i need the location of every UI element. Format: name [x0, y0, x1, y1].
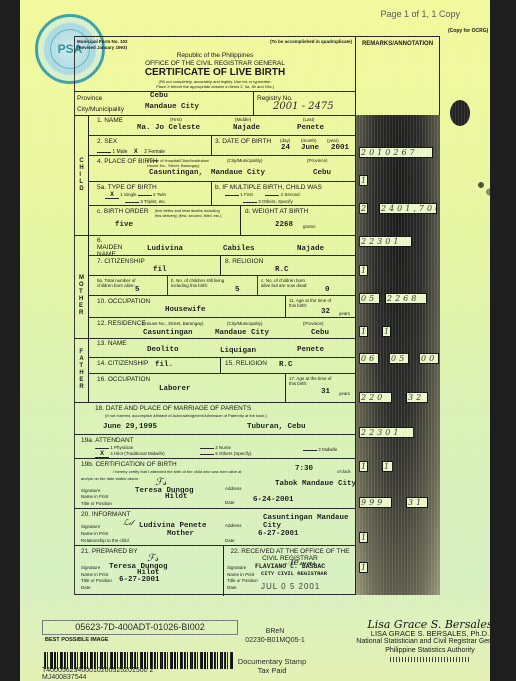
informant-label: 20. INFORMANT	[81, 511, 130, 518]
marriage-date: June 29,1995	[103, 423, 157, 431]
control-code: 05623-7D-400ADT-01026-BI002	[42, 620, 238, 635]
multiple-birth-others: 3 Others, Specify	[243, 199, 293, 204]
prepared-signature-label: Signature	[81, 565, 100, 570]
received-title-label: Title or Position	[227, 578, 258, 583]
mother-religion: R.C	[275, 266, 289, 274]
children-living-label: b. No. of children still living includin…	[171, 278, 229, 288]
coding-box: 32	[406, 392, 428, 403]
pob-city-label: (City/Municipality)	[227, 158, 263, 163]
office-label: OFFICE OF THE CIVIL REGISTRAR GENERAL	[75, 60, 355, 67]
informant-address-label: Address	[225, 523, 242, 528]
attendant-midwife: 3 Midwife	[303, 447, 337, 452]
father-age-label: 17. Age at the time of this birth:	[289, 376, 333, 386]
copy-for-label: (Copy for OCRG)	[448, 28, 488, 34]
signatory-title: National Statistician and Civil Registra…	[340, 638, 490, 647]
residence-hint: (House No., Street, Barangay)	[143, 321, 204, 326]
form-number: Municipal Form No. 102	[77, 39, 128, 44]
signatory-org: Philippine Statistics Authority	[340, 647, 490, 656]
father-citizenship: fil.	[155, 361, 173, 369]
coding-box: 1	[382, 326, 391, 337]
received-date-label: Date	[227, 585, 237, 590]
form-revision: (Revised January 1993)	[77, 45, 127, 50]
father-age: 31	[321, 388, 330, 396]
security-barcode	[390, 657, 470, 662]
month-label: (month)	[301, 138, 317, 143]
coding-box: 999	[359, 497, 392, 508]
father-citizenship-label: 14. CITIZENSHIP	[97, 360, 148, 367]
father-first-name: Deolito	[147, 346, 179, 354]
certification-text-2: am/pm on the date stated above.	[81, 476, 139, 481]
residence-place: Casuntingan	[143, 329, 193, 337]
father-religion: R.C	[279, 361, 293, 369]
sex-label: 2. SEX	[97, 138, 117, 145]
coding-panel: 2010267122401,70022301105226811060500220…	[356, 115, 440, 595]
cert-name-label: Name in Print	[81, 494, 108, 499]
weight-label: d. WEIGHT AT BIRTH	[245, 208, 308, 215]
certificate-title: CERTIFICATE OF LIVE BIRTH	[75, 67, 355, 78]
pob-place: Casuntingan,	[149, 169, 203, 177]
type-of-birth-options: X 1 Single 2 Twin	[105, 192, 166, 199]
ink-spot	[478, 182, 484, 188]
received-date-stamp: JUL 0 5 2001	[261, 582, 320, 591]
informant-name-label: Name in Print	[81, 531, 108, 536]
birth-order-hint: (live births and fetal deaths including …	[155, 208, 225, 218]
attendant-title: Hilot	[165, 493, 188, 501]
pob-province: Cebu	[313, 169, 331, 177]
page-count: Page 1 of 1, 1 Copy	[380, 9, 460, 19]
prepared-by-label: 21. PREPARED BY	[81, 548, 138, 555]
children-dead-value: 0	[325, 286, 330, 294]
father-name-label: 13. NAME	[97, 340, 127, 347]
father-middle-name: Liquigan	[220, 347, 256, 355]
best-possible-image-label: BEST POSSIBLE IMAGE	[45, 637, 109, 643]
prepared-date-label: Date	[81, 585, 91, 590]
informant-address: Casuntingan Mandaue City	[263, 514, 353, 530]
mother-age: 32	[321, 308, 330, 316]
father-religion-label: 15. RELIGION	[225, 360, 267, 367]
cert-title-label: Title or Position	[81, 501, 112, 506]
children-born-value: 5	[135, 286, 140, 294]
instructions-2: Place X before the appropriate answer in…	[75, 84, 355, 89]
dob-month: June	[301, 144, 319, 152]
middle-label: (Middle)	[235, 117, 251, 122]
pob-hint: (Name of Hospital/Clinic/Institution/ Ho…	[147, 158, 217, 168]
coding-box: 22301	[359, 427, 414, 438]
city-value: Mandaue City	[145, 103, 199, 111]
coding-box: 05	[359, 293, 380, 304]
attendant-physician: 1 Physician	[95, 445, 133, 450]
oclock-label: o'clock	[337, 469, 351, 474]
year-label: (year)	[327, 138, 339, 143]
mother-occupation: Housewife	[165, 306, 206, 314]
attendant-hilot: X 4 Hilot (Traditional Midwife)	[95, 451, 165, 458]
cert-date-label: Date	[225, 500, 235, 505]
residence-province: Cebu	[311, 329, 329, 337]
day-label: (day)	[280, 138, 290, 143]
child-middle-name: Najade	[233, 124, 260, 132]
father-occupation-label: 16. OCCUPATION	[97, 376, 150, 383]
weight-value: 2268	[275, 221, 293, 229]
coding-box: 1	[359, 562, 368, 573]
birth-order-label: c. BIRTH ORDER	[97, 208, 149, 215]
marriage-note: (If not married, accomplish Affidavit of…	[105, 413, 355, 418]
marriage-place: Tuburan, Cebu	[247, 423, 306, 431]
residence-city: Mandaue City	[215, 329, 269, 337]
dob-label: 3. DATE OF BIRTH	[215, 138, 271, 145]
multiple-birth-label: b. IF MULTIPLE BIRTH, CHILD WAS	[215, 184, 322, 191]
coding-box: 2	[359, 203, 368, 214]
attendant-address: Tabok Mandaue City	[275, 480, 356, 488]
pob-city: Mandaue City	[211, 169, 265, 177]
triplet-option: 3 Triplet, etc.	[125, 199, 166, 204]
attendant-others: 5 Others (Specify)	[200, 451, 252, 456]
birth-certificate-page: Page 1 of 1, 1 Copy PSA (Copy for OCRG) …	[20, 0, 490, 681]
bren-code: 02230-B01MQ05-1	[245, 636, 305, 645]
ink-blot	[450, 100, 470, 126]
mother-age-label: 11. Age at the time of this birth:	[289, 298, 333, 308]
mother-occupation-label: 10. OCCUPATION	[97, 298, 150, 305]
doc-stamp-label: Documentary Stamp Tax Paid	[232, 657, 312, 675]
coding-box: 06	[359, 353, 379, 364]
coding-box: 22301	[359, 236, 412, 247]
certification-label: 19b. CERTIFICATION OF BIRTH	[81, 461, 177, 468]
mother-citizenship: fil	[153, 266, 167, 274]
birth-order-value: five	[115, 221, 133, 229]
received-signature-label: Signature	[227, 565, 246, 570]
section-father: FATHER	[75, 338, 89, 402]
mother-last-name: Najade	[297, 245, 324, 253]
mother-age-unit: years	[339, 311, 350, 316]
attendant-date: 6-24-2001	[253, 496, 294, 504]
coding-box: 1	[359, 326, 368, 337]
section-child: CHILD	[75, 115, 89, 235]
province-value: Cebu	[150, 92, 168, 100]
province-label: Province	[77, 95, 102, 102]
coding-box: 00	[419, 353, 439, 364]
barcode-number: T40005623400010260525201500 2 MJ40083754…	[42, 667, 153, 681]
certificate-form: Municipal Form No. 102 (Revised January …	[74, 36, 356, 595]
coding-box: 1	[359, 532, 368, 543]
bren-block: BReN 02230-B01MQ05-1	[245, 627, 305, 645]
registrar-name: FLAVIANO C. BASBAC	[255, 563, 325, 570]
type-of-birth-label: 5a. TYPE OF BIRTH	[97, 184, 157, 191]
remarks-label: REMARKS/ANNOTATION	[356, 37, 439, 47]
cert-signature-label: Signature	[81, 488, 100, 493]
registry-number: 2001 - 2475	[273, 101, 334, 112]
ink-spot	[486, 188, 490, 196]
informant-date-label: Date	[225, 538, 235, 543]
informant-name: Ludivina Penete	[139, 522, 207, 530]
mother-religion-label: 8. RELIGION	[225, 258, 263, 265]
multiple-birth-options: 1 First 2 Second	[225, 192, 300, 197]
weight-unit: grams	[303, 224, 316, 229]
children-dead-label: c. No. of children born alive but are no…	[261, 278, 315, 288]
last-label: (Last)	[303, 117, 315, 122]
coding-box: 1	[382, 461, 393, 472]
residence-city-label: (City/Municipality)	[227, 321, 263, 326]
dob-day: 24	[281, 144, 290, 152]
barcode-number-main: T40005623400010260525201500 2	[42, 667, 153, 674]
coding-box: 1	[359, 175, 368, 186]
received-name-label: Name in Print	[227, 572, 254, 577]
children-living-value: 5	[235, 286, 240, 294]
informant-signature-label: Signature	[81, 524, 100, 529]
coding-box: 2010267	[359, 147, 433, 158]
certification-text: I hereby certify that I attended the bir…	[113, 469, 242, 474]
republic-label: Republic of the Philippines	[75, 52, 355, 59]
father-occupation: Laborer	[159, 385, 191, 393]
first-label: (First)	[170, 117, 182, 122]
coding-box: 1	[359, 461, 368, 472]
child-first-name: Ma. Jo Celeste	[137, 124, 200, 132]
attendant-label: 19a. ATTENDANT	[81, 437, 134, 444]
barcode-number-sub: MJ400837544	[42, 674, 153, 681]
signatory-block: Lisa Grace S. Bersales LISA GRACE S. BER…	[340, 621, 490, 666]
coding-box: 2401,700	[379, 203, 437, 214]
accomplish-note: (To be accomplished in quadruplicate)	[270, 39, 352, 44]
coding-box: 2268	[385, 293, 427, 304]
coding-box: 220	[359, 392, 392, 403]
residence-province-label: (Province)	[303, 321, 324, 326]
informant-signature: ℒ𝒹	[123, 518, 133, 528]
coding-box: 31	[406, 497, 428, 508]
child-name-label: 1. NAME	[97, 117, 123, 124]
dob-year: 2001	[331, 144, 349, 152]
marriage-label: 18. DATE AND PLACE OF MARRIAGE OF PARENT…	[95, 405, 251, 412]
informant-relationship: Mother	[167, 530, 194, 538]
cert-address-label: Address	[225, 486, 242, 491]
mother-middle-name: Cabiles	[223, 245, 255, 253]
signatory-name: LISA GRACE S. BERSALES, Ph.D.	[340, 630, 490, 639]
bren-label: BReN	[245, 627, 305, 636]
attendant-nurse: 2 Nurse	[200, 445, 231, 450]
informant-date: 6-27-2001	[258, 530, 299, 538]
birth-time: 7:30	[295, 465, 313, 473]
registrar-title: CITY CIVIL REGISTRAR	[261, 570, 327, 577]
prepared-title-label: Title or Position	[81, 578, 112, 583]
prepared-name-label: Name in Print	[81, 572, 108, 577]
coding-box: 1	[359, 265, 368, 276]
father-age-unit: years	[339, 391, 350, 396]
mother-first-name: Ludivina	[147, 245, 183, 253]
preparer-date: 6-27-2001	[119, 576, 160, 584]
pob-province-label: (Province)	[307, 158, 328, 163]
father-last-name: Penete	[297, 346, 324, 354]
city-label: City/Municipality	[77, 106, 124, 113]
mother-citizenship-label: 7. CITIZENSHIP	[97, 258, 145, 265]
informant-relationship-label: Relationship to the child	[81, 538, 129, 543]
residence-label: 12. RESIDENCE	[97, 320, 146, 327]
child-last-name: Penete	[297, 124, 324, 132]
coding-box: 05	[389, 353, 409, 364]
